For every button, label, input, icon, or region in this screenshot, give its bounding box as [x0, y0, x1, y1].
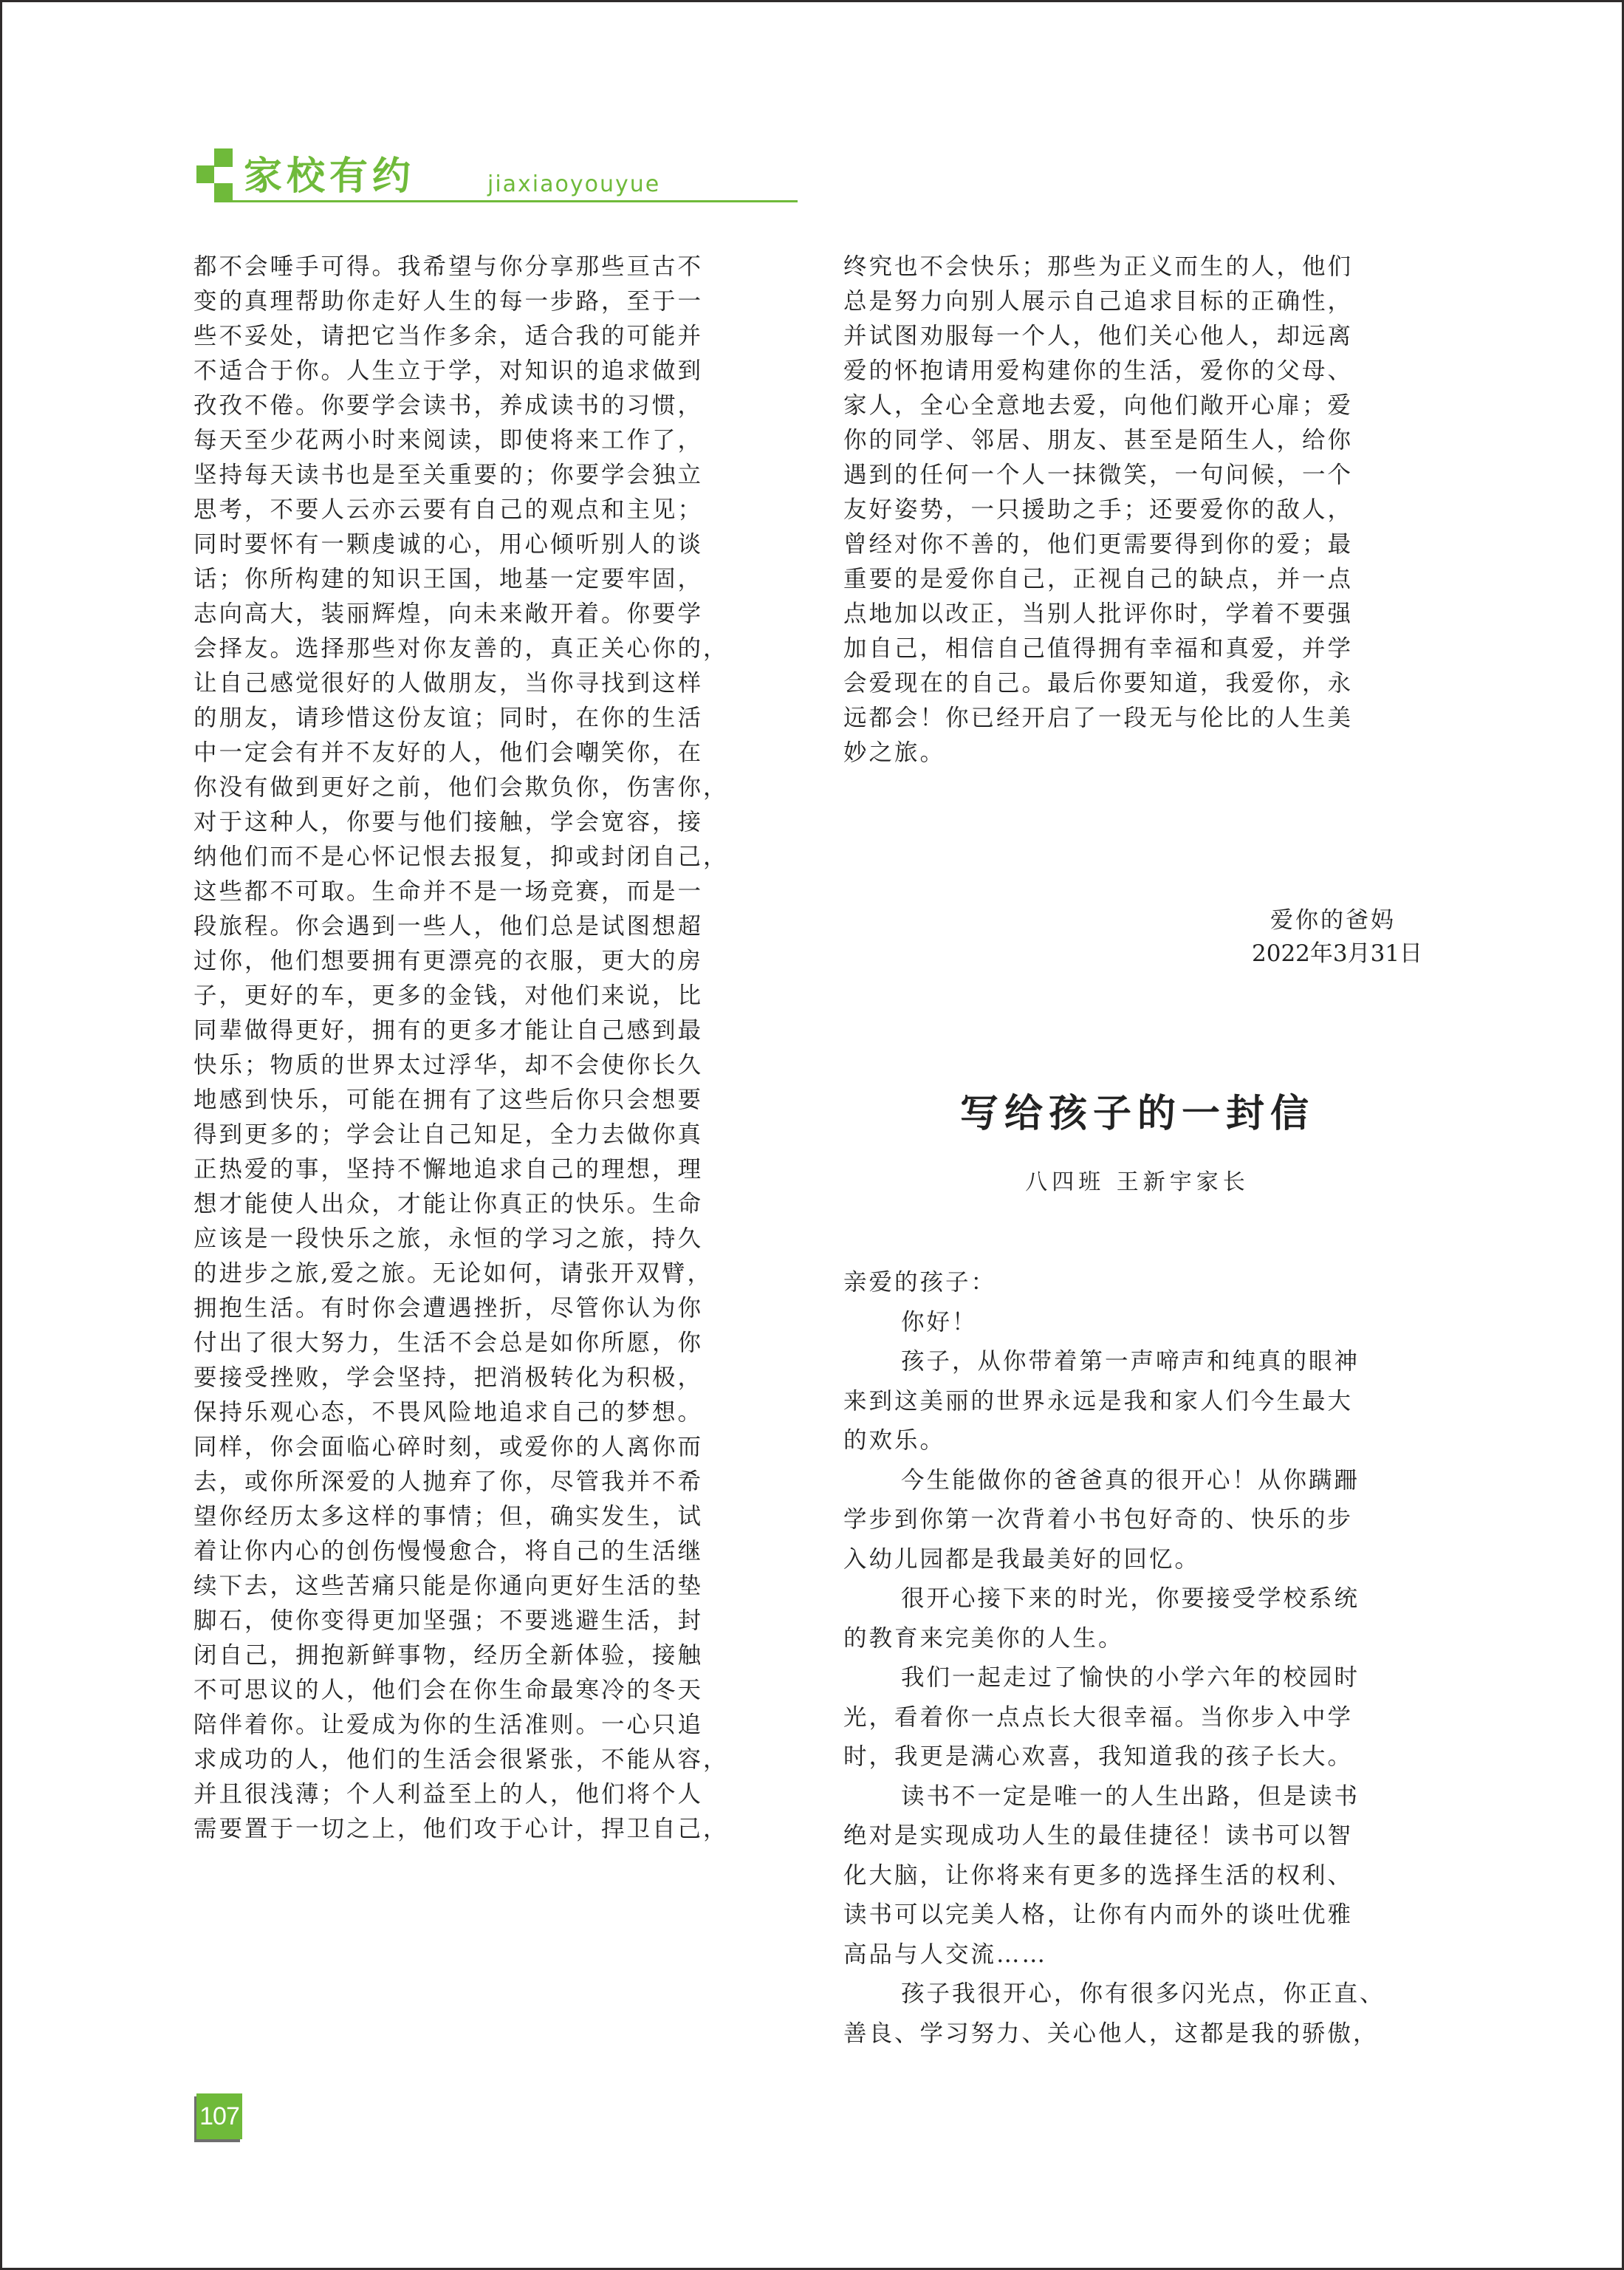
header-divider: [214, 200, 798, 202]
text-line: 你没有做到更好之前，他们会欺负你，伤害你，: [193, 770, 799, 805]
text-line: 的朋友，请珍惜这份友谊；同时，在你的生活: [193, 701, 799, 736]
text-line: 保持乐观心态，不畏风险地追求自己的梦想。: [193, 1395, 799, 1430]
text-line: 同辈做得更好，拥有的更多才能让自己感到最: [193, 1013, 799, 1048]
text-line: 今生能做你的爸爸真的很开心！从你蹒跚: [843, 1461, 1456, 1501]
text-line: 光，看着你一点点长大很幸福。当你步入中学: [843, 1698, 1456, 1738]
text-line: 快乐；物质的世界太过浮华，却不会使你长久: [193, 1048, 799, 1083]
text-line: 亲爱的孩子：: [843, 1263, 1456, 1303]
text-line: 子，更好的车，更多的金钱，对他们来说，比: [193, 979, 799, 1013]
text-line: 都不会唾手可得。我希望与你分享那些亘古不: [193, 250, 799, 284]
text-line: 应该是一段快乐之旅，永恒的学习之旅，持久: [193, 1222, 799, 1257]
text-line: 拥抱生活。有时你会遭遇挫折，尽管你认为你: [193, 1291, 799, 1326]
text-line: 爱的怀抱请用爱构建你的生活，爱你的父母、: [843, 354, 1456, 389]
section-pinyin: jiaxiaoyouyue: [487, 171, 660, 198]
letter-date: 2022年3月31日: [1252, 934, 1422, 968]
text-line: 过你，他们想要拥有更漂亮的衣服，更大的房: [193, 944, 799, 979]
text-line: 每天至少花两小时来阅读，即使将来工作了，: [193, 423, 799, 458]
text-line: 正热爱的事，坚持不懈地追求自己的理想，理: [193, 1152, 799, 1187]
text-line: 会爱现在的自己。最后你要知道，我爱你，永: [843, 666, 1456, 701]
text-line: 加自己，相信自己值得拥有幸福和真爱，并学: [843, 632, 1456, 666]
text-line: 同样，你会面临心碎时刻，或爱你的人离你而: [193, 1430, 799, 1465]
text-line: 学步到你第一次背着小书包好奇的、快乐的步: [843, 1500, 1456, 1540]
text-line: 对于这种人，你要与他们接触，学会宽容，接: [193, 805, 799, 840]
text-line: 坚持每天读书也是至关重要的；你要学会独立: [193, 458, 799, 493]
text-line: 时，我更是满心欢喜，我知道我的孩子长大。: [843, 1737, 1456, 1777]
text-line: 孜孜不倦。你要学会读书，养成读书的习惯，: [193, 389, 799, 423]
text-line: 的进步之旅,爱之旅。无论如何，请张开双臂，: [193, 1257, 799, 1291]
text-line: 变的真理帮助你走好人生的每一步路，至于一: [193, 284, 799, 319]
logo-square-icon: [196, 165, 214, 183]
text-line: 我们一起走过了愉快的小学六年的校园时: [843, 1658, 1456, 1698]
text-line: 段旅程。你会遇到一些人，他们总是试图想超: [193, 909, 799, 944]
text-line: 并且很浅薄；个人利益至上的人，他们将个人: [193, 1777, 799, 1812]
text-line: 孩子，从你带着第一声啼声和纯真的眼神: [843, 1342, 1456, 1382]
text-line: 续下去，这些苦痛只能是你通向更好生活的垫: [193, 1569, 799, 1604]
left-text-column: 都不会唾手可得。我希望与你分享那些亘古不变的真理帮助你走好人生的每一步路，至于一…: [193, 250, 799, 1847]
letter-signature: 爱你的爸妈: [1270, 901, 1396, 934]
text-line: 曾经对你不善的，他们更需要得到你的爱；最: [843, 527, 1456, 562]
text-line: 想才能使人出众，才能让你真正的快乐。生命: [193, 1187, 799, 1222]
text-line: 入幼儿园都是我最美好的回忆。: [843, 1540, 1456, 1580]
text-line: 会择友。选择那些对你友善的，真正关心你的，: [193, 632, 799, 666]
right-text-column: 终究也不会快乐；那些为正义而生的人，他们总是努力向别人展示自己追求目标的正确性，…: [843, 250, 1456, 770]
text-line: 读书可以完美人格，让你有内而外的谈吐优雅: [843, 1895, 1456, 1935]
text-line: 纳他们而不是心怀记恨去报复，抑或封闭自己，: [193, 840, 799, 875]
text-line: 着让你内心的创伤慢慢愈合，将自己的生活继: [193, 1534, 799, 1569]
logo-square-icon: [214, 148, 233, 167]
text-line: 总是努力向别人展示自己追求目标的正确性，: [843, 284, 1456, 319]
text-line: 终究也不会快乐；那些为正义而生的人，他们: [843, 250, 1456, 284]
text-line: 脚石，使你变得更加坚强；不要逃避生活，封: [193, 1604, 799, 1638]
text-line: 重要的是爱你自己，正视自己的缺点，并一点: [843, 562, 1456, 597]
text-line: 并试图劝服每一个人，他们关心他人，却远离: [843, 319, 1456, 354]
text-line: 去，或你所深爱的人抛弃了你，尽管我并不希: [193, 1465, 799, 1500]
section-title: 家校有约: [244, 153, 415, 200]
text-line: 善良、学习努力、关心他人，这都是我的骄傲，: [843, 2014, 1456, 2054]
text-line: 需要置于一切之上，他们攻于心计，捍卫自己，: [193, 1812, 799, 1847]
article-author: 八四班 王新宇家长: [908, 1163, 1366, 1196]
text-line: 友好姿势，一只援助之手；还要爱你的敌人，: [843, 493, 1456, 527]
text-line: 不可思议的人，他们会在你生命最寒冷的冬天: [193, 1673, 799, 1708]
text-line: 闭自己，拥抱新鲜事物，经历全新体验，接触: [193, 1638, 799, 1673]
text-line: 不适合于你。人生立于学，对知识的追求做到: [193, 354, 799, 389]
text-line: 话；你所构建的知识王国，地基一定要牢固，: [193, 562, 799, 597]
text-line: 很开心接下来的时光，你要接受学校系统: [843, 1579, 1456, 1619]
text-line: 的欢乐。: [843, 1421, 1456, 1461]
text-line: 你好！: [843, 1303, 1456, 1343]
text-line: 家人，全心全意地去爱，向他们敞开心扉；爱: [843, 389, 1456, 423]
logo-square-icon: [214, 183, 233, 202]
text-line: 思考，不要人云亦云要有自己的观点和主见；: [193, 493, 799, 527]
article-title: 写给孩子的一封信: [908, 1082, 1366, 1138]
text-line: 绝对是实现成功人生的最佳捷径！读书可以智: [843, 1816, 1456, 1856]
text-line: 要接受挫败，学会坚持，把消极转化为积极，: [193, 1361, 799, 1395]
text-line: 求成功的人，他们的生活会很紧张，不能从容，: [193, 1743, 799, 1777]
text-line: 同时要怀有一颗虔诚的心，用心倾听别人的谈: [193, 527, 799, 562]
text-line: 化大脑，让你将来有更多的选择生活的权利、: [843, 1856, 1456, 1896]
text-line: 高品与人交流……: [843, 1935, 1456, 1975]
text-line: 孩子我很开心，你有很多闪光点，你正直、: [843, 1975, 1456, 2014]
text-line: 志向高大，装丽辉煌，向未来敞开着。你要学: [193, 597, 799, 632]
text-line: 陪伴着你。让爱成为你的生活准则。一心只追: [193, 1708, 799, 1743]
text-line: 点地加以改正，当别人批评你时，学着不要强: [843, 597, 1456, 632]
letter-body: 亲爱的孩子：你好！孩子，从你带着第一声啼声和纯真的眼神来到这美丽的世界永远是我和…: [843, 1263, 1456, 2054]
text-line: 中一定会有并不友好的人，他们会嘲笑你，在: [193, 736, 799, 770]
text-line: 地感到快乐，可能在拥有了这些后你只会想要: [193, 1083, 799, 1118]
text-line: 让自己感觉很好的人做朋友，当你寻找到这样: [193, 666, 799, 701]
page-number: 107: [196, 2093, 242, 2139]
text-line: 些不妥处，请把它当作多余，适合我的可能并: [193, 319, 799, 354]
text-line: 付出了很大努力，生活不会总是如你所愿，你: [193, 1326, 799, 1361]
text-line: 你的同学、邻居、朋友、甚至是陌生人，给你: [843, 423, 1456, 458]
text-line: 望你经历太多这样的事情；但，确实发生，试: [193, 1500, 799, 1534]
text-line: 读书不一定是唯一的人生出路，但是读书: [843, 1777, 1456, 1817]
text-line: 妙之旅。: [843, 736, 1456, 770]
text-line: 来到这美丽的世界永远是我和家人们今生最大: [843, 1382, 1456, 1422]
text-line: 遇到的任何一个人一抹微笑，一句问候，一个: [843, 458, 1456, 493]
text-line: 远都会！你已经开启了一段无与伦比的人生美: [843, 701, 1456, 736]
text-line: 得到更多的；学会让自己知足，全力去做你真: [193, 1118, 799, 1152]
text-line: 的教育来完美你的人生。: [843, 1619, 1456, 1659]
text-line: 这些都不可取。生命并不是一场竞赛，而是一: [193, 875, 799, 909]
